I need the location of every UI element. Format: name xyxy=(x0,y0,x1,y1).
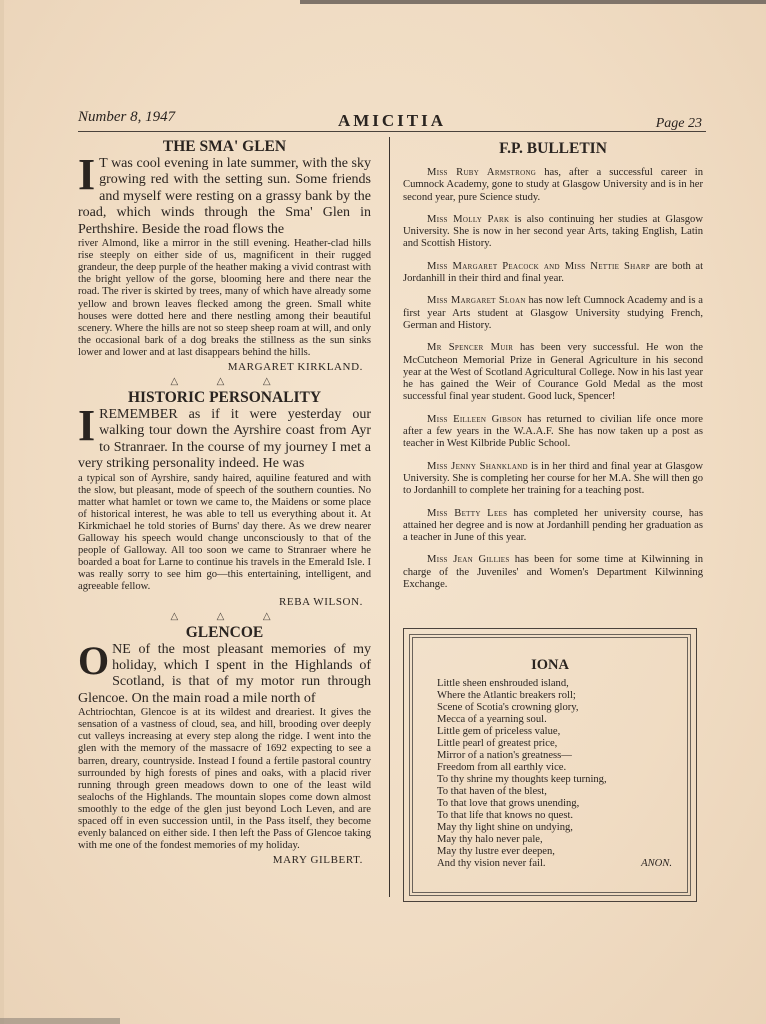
drop-cap: I xyxy=(78,158,95,192)
person-name: Miss Margaret Sloan xyxy=(427,295,526,306)
person-name: Miss Ruby Armstrong xyxy=(427,167,536,178)
bulletin-item: Miss Margaret Sloan has now left Cumnock… xyxy=(403,295,703,332)
article-author: REBA WILSON. xyxy=(78,596,363,608)
article-body: a typical son of Ayrshire, sandy haired,… xyxy=(78,473,371,594)
page-edge-bottom xyxy=(0,1018,120,1024)
bulletin-item: Mr Spencer Muir has been very successful… xyxy=(403,342,703,403)
person-name: Mr Spencer Muir xyxy=(427,342,513,353)
poem-line: Little pearl of greatest price, xyxy=(437,738,672,750)
poem-line: To that haven of the blest, xyxy=(437,786,672,798)
bulletin-item: Miss Margaret Peacock and Miss Nettie Sh… xyxy=(403,261,703,286)
person-name: Miss Jenny Shankland xyxy=(427,461,528,472)
article-body: Achtriochtan, Glencoe is at its wildest … xyxy=(78,707,371,852)
bulletin-item: Miss Ruby Armstrong has, after a success… xyxy=(403,167,703,204)
page-edge-left xyxy=(0,0,4,1024)
article-sma-glen: THE SMA' GLEN IT was cool evening in lat… xyxy=(78,138,371,373)
bulletin-item: Miss Jenny Shankland is in her third and… xyxy=(403,461,703,498)
poem-line: Mecca of a yearning soul. xyxy=(437,714,672,726)
poem-line: May thy light shine on undying, xyxy=(437,822,672,834)
poem-line: Where the Atlantic breakers roll; xyxy=(437,690,672,702)
poem-line: Little sheen enshrouded island, xyxy=(437,678,672,690)
poem-text: Little sheen enshrouded island, Where th… xyxy=(437,678,672,870)
article-title: GLENCOE xyxy=(78,624,371,642)
article-glencoe: GLENCOE ONE of the most pleasant memorie… xyxy=(78,624,371,867)
column-divider xyxy=(389,137,390,897)
person-name: Miss Betty Lees xyxy=(427,508,507,519)
drop-cap: I xyxy=(78,409,95,443)
bulletin-title: F.P. BULLETIN xyxy=(403,140,703,158)
page-number: Page 23 xyxy=(656,116,702,132)
person-name: Miss Margaret Peacock and Miss Nettie Sh… xyxy=(427,261,650,272)
article-lead: IREMEMBER as if it were yesterday our wa… xyxy=(78,407,371,473)
poem-line: Little gem of priceless value, xyxy=(437,726,672,738)
bulletin-item: Miss Betty Lees has completed her univer… xyxy=(403,508,703,545)
poem-line: Scene of Scotia's crowning glory, xyxy=(437,702,672,714)
poem-line: May thy halo never pale, xyxy=(437,834,672,846)
bulletin-item: Miss Molly Park is also continuing her s… xyxy=(403,214,703,251)
page-edge-top xyxy=(300,0,766,4)
drop-cap: O xyxy=(78,644,109,678)
poem-line: To that life that knows no quest. xyxy=(437,810,672,822)
article-author: MARGARET KIRKLAND. xyxy=(78,361,363,373)
header-rule xyxy=(78,131,706,132)
poem-title: IONA xyxy=(404,657,696,674)
person-name: Miss Eilleen Gibson xyxy=(427,414,522,425)
magazine-title: AMICITIA xyxy=(78,111,706,131)
bulletin-item: Miss Jean Gillies has been for some time… xyxy=(403,554,703,591)
poem-line: Freedom from all earthly vice. xyxy=(437,762,672,774)
left-column: THE SMA' GLEN IT was cool evening in lat… xyxy=(78,138,371,866)
poem-frame: IONA Little sheen enshrouded island, Whe… xyxy=(403,628,697,902)
triangle-separator-icon: △ △ △ xyxy=(88,376,371,387)
triangle-separator-icon: △ △ △ xyxy=(88,611,371,622)
bulletin-item: Miss Eilleen Gibson has returned to civi… xyxy=(403,414,703,451)
poem-line: And thy vision never fail. xyxy=(437,858,672,870)
article-title: THE SMA' GLEN xyxy=(78,138,371,156)
poem-line: To that love that grows unending, xyxy=(437,798,672,810)
article-body: river Almond, like a mirror in the still… xyxy=(78,238,371,359)
article-lead: ONE of the most pleasant memories of my … xyxy=(78,642,371,708)
article-historic-personality: HISTORIC PERSONALITY IREMEMBER as if it … xyxy=(78,389,371,608)
poem-line: Mirror of a nation's greatness— xyxy=(437,750,672,762)
poem-line: May thy lustre ever deepen, xyxy=(437,846,672,858)
person-name: Miss Jean Gillies xyxy=(427,554,510,565)
article-lead: IT was cool evening in late summer, with… xyxy=(78,156,371,238)
poem-author: ANON. xyxy=(641,858,672,870)
poem-line: To thy shrine my thoughts keep turning, xyxy=(437,774,672,786)
running-header: Number 8, 1947 AMICITIA Page 23 xyxy=(78,106,706,132)
right-column: F.P. BULLETIN Miss Ruby Armstrong has, a… xyxy=(403,140,703,601)
article-title: HISTORIC PERSONALITY xyxy=(78,389,371,407)
article-author: MARY GILBERT. xyxy=(78,854,363,866)
person-name: Miss Molly Park xyxy=(427,214,509,225)
